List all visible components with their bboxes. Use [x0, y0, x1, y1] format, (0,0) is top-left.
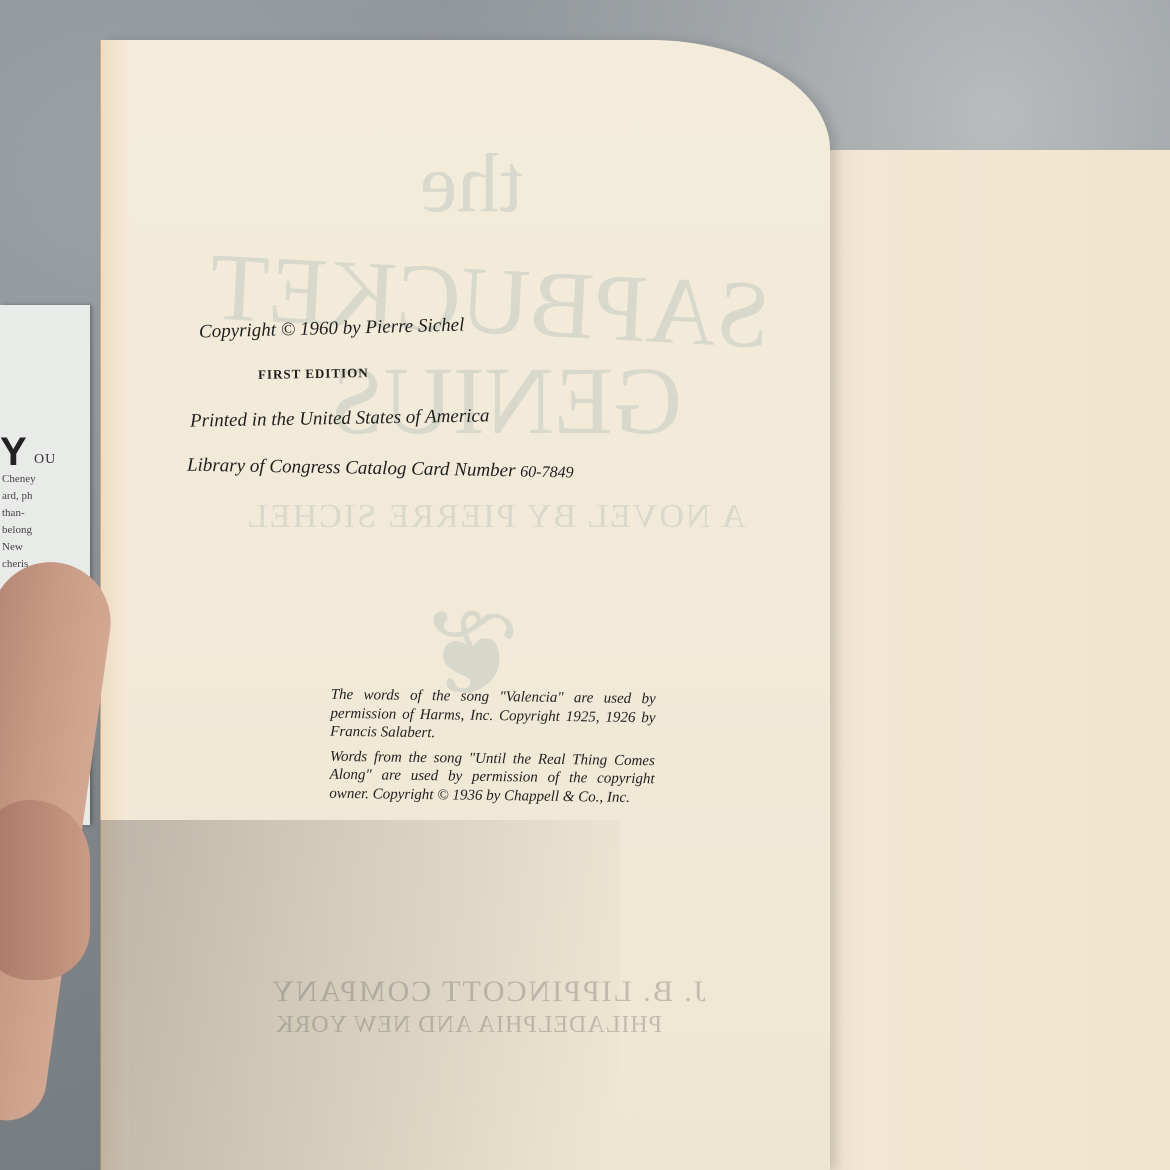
loc-number: 60-7849	[520, 463, 574, 481]
permission-until-the-real-thing: Words from the song "Until the Real Thin…	[329, 747, 655, 807]
thumb	[0, 800, 90, 980]
song-permissions: The words of the song "Valencia" are use…	[329, 686, 656, 814]
permission-valencia: The words of the song "Valencia" are use…	[330, 686, 656, 746]
background-book-initial: Y	[0, 430, 27, 475]
background-book-text: Cheney ard, ph than- belong New cheris	[2, 471, 82, 573]
edition-line: FIRST EDITION	[258, 365, 369, 383]
show-through-byline: A NOVEL BY PIERRE SICHEL	[245, 498, 746, 536]
loc-label: Library of Congress Catalog Card Number	[187, 455, 521, 482]
show-through-title-the: the	[420, 135, 523, 232]
show-through-title-genius: GENIUS	[330, 345, 682, 456]
background-book-word: OU	[34, 452, 56, 468]
hand-shadow	[100, 820, 620, 1170]
